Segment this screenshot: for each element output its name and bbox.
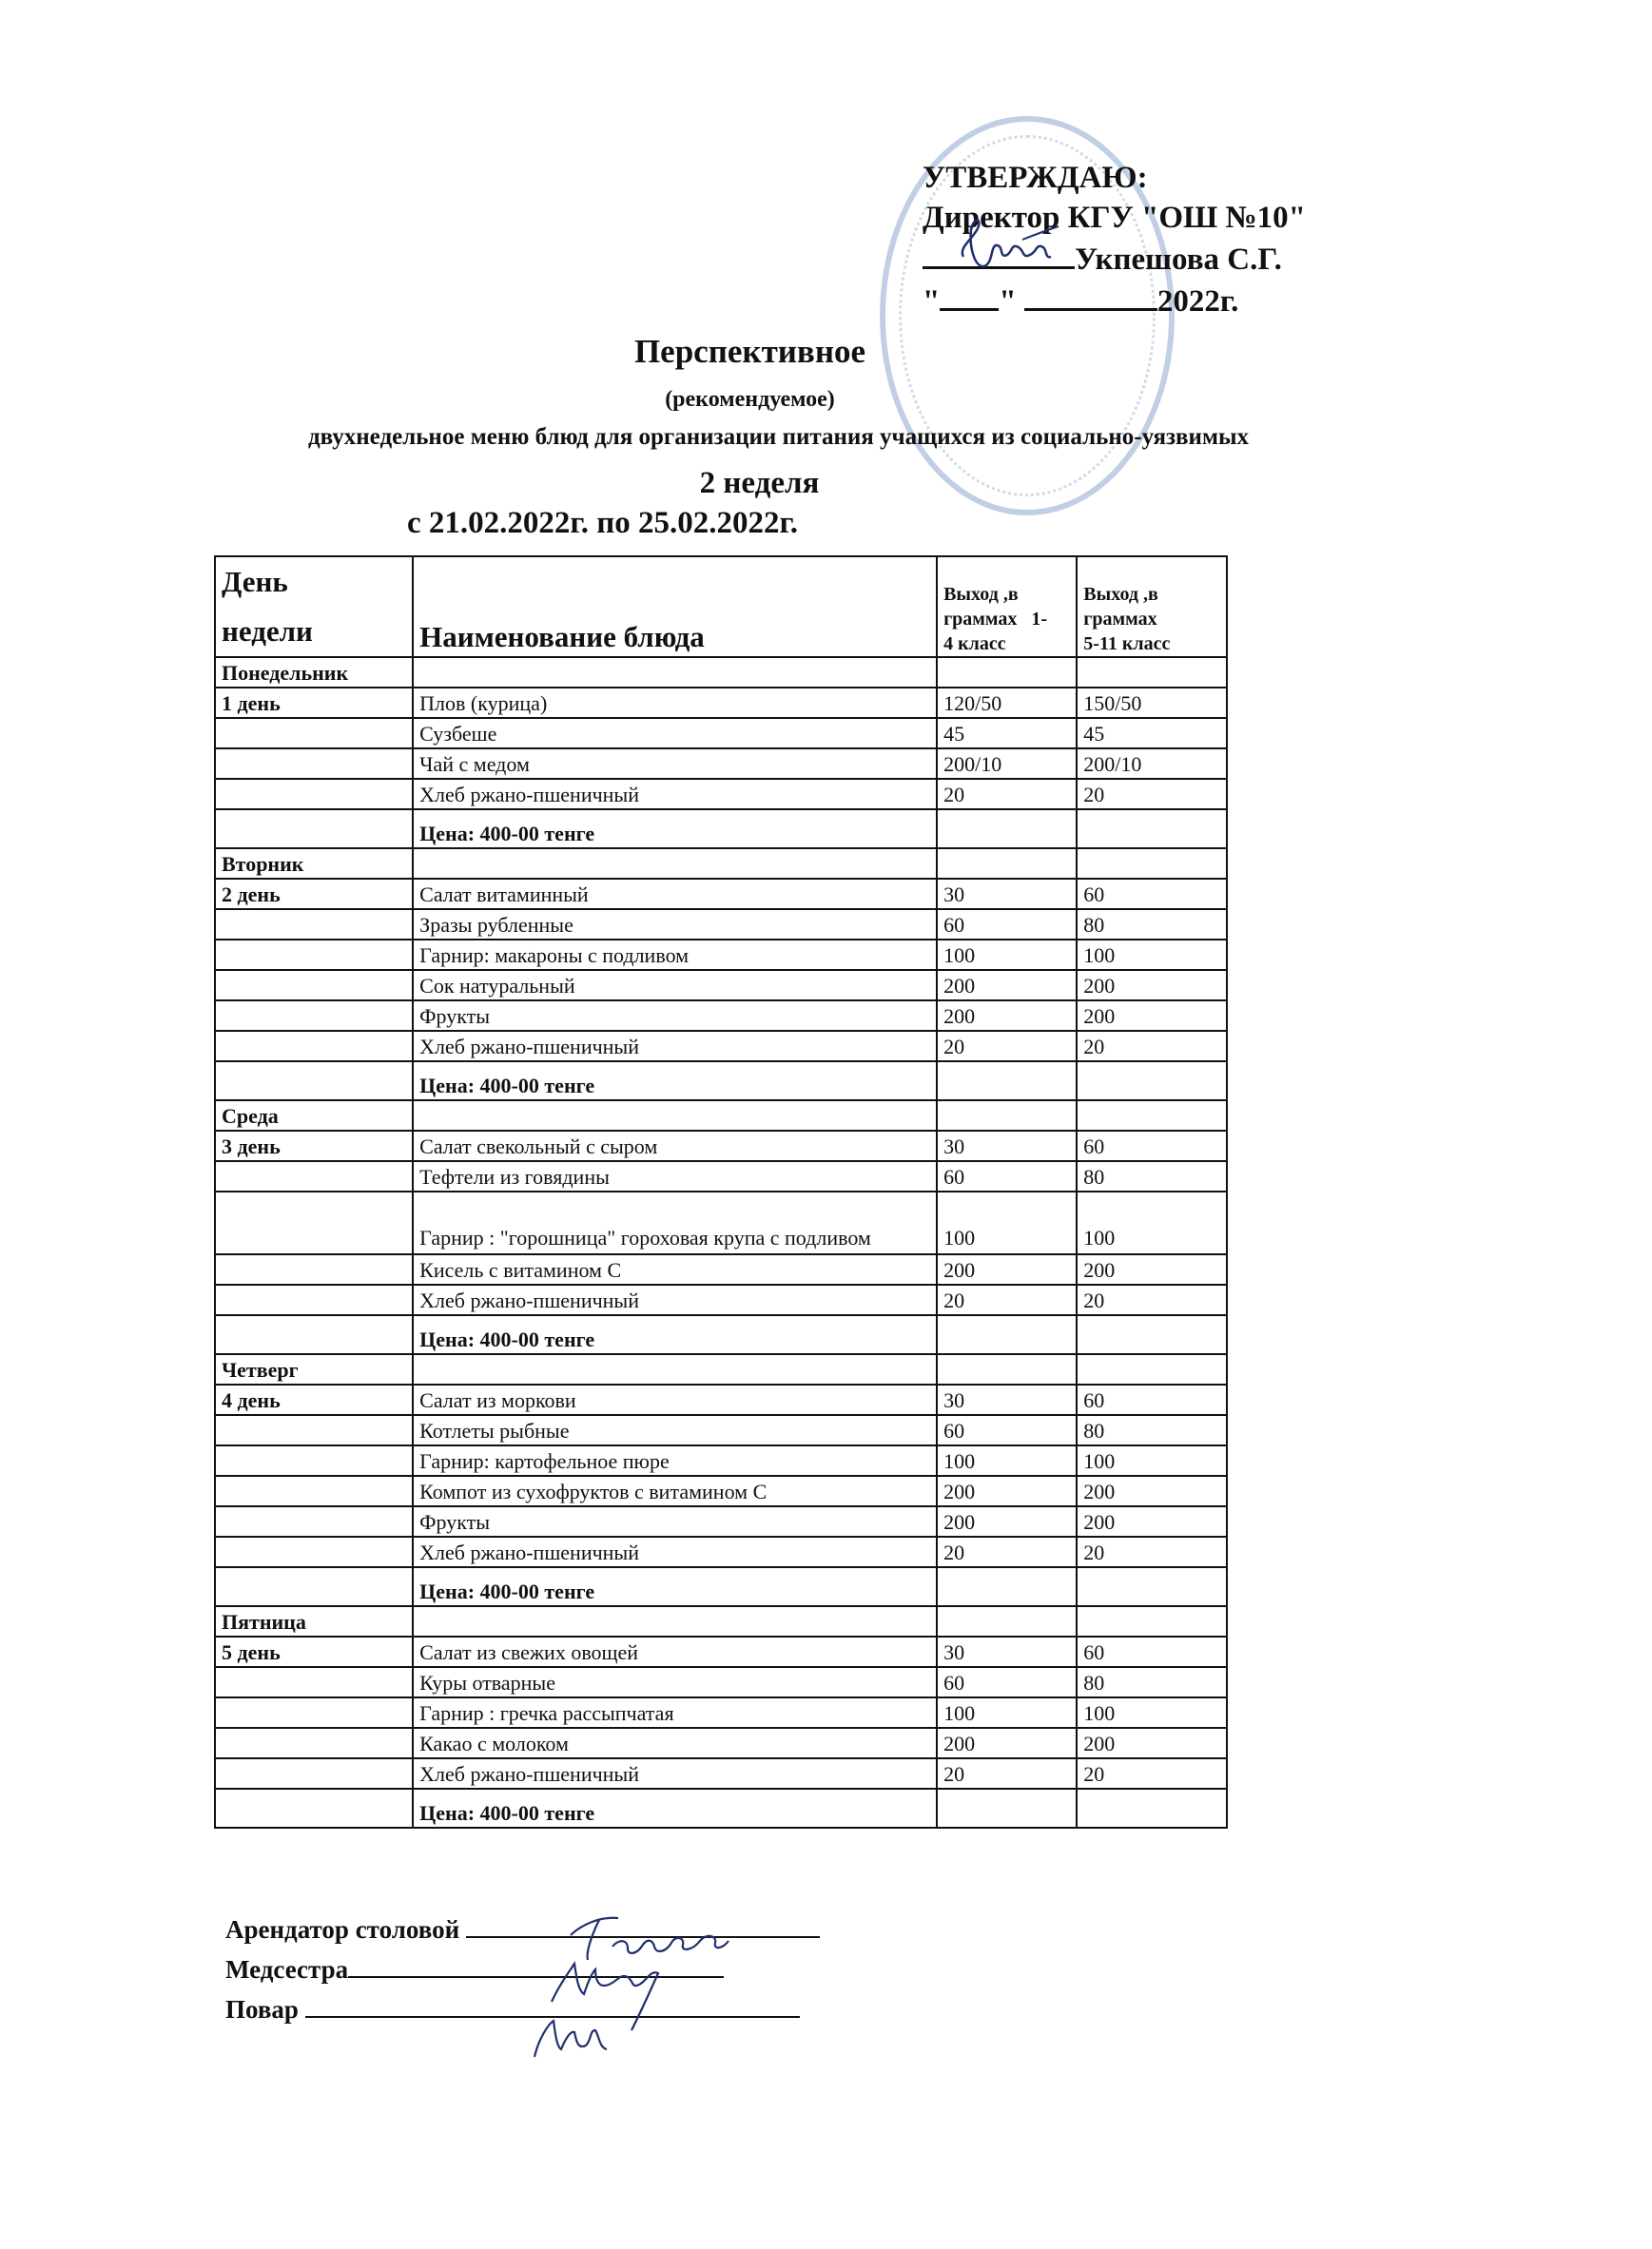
price-cell: Цена: 400-00 тенге [413, 1789, 937, 1828]
dish-name-cell: Сок натуральный [413, 970, 937, 1000]
empty-cell [215, 1758, 413, 1789]
empty-cell [937, 848, 1077, 879]
date-month-line [1024, 280, 1157, 311]
yield-grades-1-4-cell: 20 [937, 1758, 1077, 1789]
dish-name-cell: Гарнир : "горошница" гороховая крупа с п… [413, 1192, 937, 1254]
table-row: 5 деньСалат из свежих овощей3060 [215, 1637, 1227, 1667]
empty-cell [215, 1061, 413, 1100]
dish-name-cell: Зразы рубленные [413, 909, 937, 940]
day-number-cell: 2 день [215, 879, 413, 909]
yield-grades-1-4-cell: 20 [937, 1285, 1077, 1315]
price-cell: Цена: 400-00 тенге [413, 1315, 937, 1354]
menu-table-body: Понедельник1 деньПлов (курица)120/50150/… [215, 657, 1227, 1828]
empty-cell [215, 1161, 413, 1192]
date-quote-open: " [923, 284, 940, 319]
title-week: 2 неделя [0, 466, 1585, 501]
empty-cell [215, 1537, 413, 1567]
empty-cell [1077, 1315, 1227, 1354]
day-number-cell: 1 день [215, 688, 413, 718]
table-row-price: Цена: 400-00 тенге [215, 1315, 1227, 1354]
table-row-weekday: Пятница [215, 1606, 1227, 1637]
approval-signer-name: Укпешова С.Г. [1075, 242, 1282, 277]
empty-cell [215, 1567, 413, 1606]
table-row: Гарнир : гречка рассыпчатая100100 [215, 1697, 1227, 1728]
dish-name-cell: Компот из сухофруктов с витамином С [413, 1476, 937, 1506]
yield-grades-1-4-cell: 30 [937, 1637, 1077, 1667]
yield-grades-1-4-cell: 60 [937, 1667, 1077, 1697]
table-row: Чай с медом200/10200/10 [215, 748, 1227, 779]
table-row: Хлеб ржано-пшеничный2020 [215, 1537, 1227, 1567]
empty-cell [215, 1728, 413, 1758]
dish-name-cell: Куры отварные [413, 1667, 937, 1697]
table-row: 4 деньСалат из моркови3060 [215, 1385, 1227, 1415]
dish-name-cell: Кисель с витамином С [413, 1254, 937, 1285]
empty-cell [215, 1315, 413, 1354]
yield-grades-1-4-cell: 100 [937, 940, 1077, 970]
yield-grades-5-11-cell: 200 [1077, 1506, 1227, 1537]
header-yield-grades-5-11: Выход ,в граммах 5-11 класс [1077, 556, 1227, 657]
header-yield-5-11-line2: граммах [1083, 607, 1220, 631]
table-row: 2 деньСалат витаминный3060 [215, 879, 1227, 909]
yield-grades-1-4-cell: 20 [937, 779, 1077, 809]
table-row: Гарнир: картофельное пюре100100 [215, 1445, 1227, 1476]
yield-grades-5-11-cell: 200 [1077, 1254, 1227, 1285]
yield-grades-5-11-cell: 200 [1077, 1476, 1227, 1506]
weekday-cell: Четверг [215, 1354, 413, 1385]
table-row: Гарнир: макароны с подливом100100 [215, 940, 1227, 970]
empty-cell [413, 848, 937, 879]
director-signature-icon [956, 209, 1060, 276]
title-recommended: (рекомендуемое) [0, 387, 1576, 413]
empty-cell [937, 657, 1077, 688]
yield-grades-1-4-cell: 200/10 [937, 748, 1077, 779]
yield-grades-1-4-cell: 200 [937, 1506, 1077, 1537]
yield-grades-5-11-cell: 200 [1077, 1000, 1227, 1031]
yield-grades-1-4-cell: 100 [937, 1192, 1077, 1254]
yield-grades-5-11-cell: 100 [1077, 1192, 1227, 1254]
header-yield-5-11-line1: Выход ,в [1083, 582, 1220, 607]
yield-grades-1-4-cell: 30 [937, 879, 1077, 909]
empty-cell [1077, 1061, 1227, 1100]
empty-cell [413, 1354, 937, 1385]
empty-cell [215, 1192, 413, 1254]
empty-cell [1077, 1789, 1227, 1828]
table-row: Котлеты рыбные6080 [215, 1415, 1227, 1445]
table-row-weekday: Вторник [215, 848, 1227, 879]
empty-cell [215, 809, 413, 848]
dish-name-cell: Тефтели из говядины [413, 1161, 937, 1192]
yield-grades-5-11-cell: 20 [1077, 779, 1227, 809]
empty-cell [215, 1285, 413, 1315]
table-row: 3 деньСалат свекольный с сыром3060 [215, 1131, 1227, 1161]
day-number-cell: 3 день [215, 1131, 413, 1161]
empty-cell [215, 1476, 413, 1506]
dish-name-cell: Салат витаминный [413, 879, 937, 909]
dish-name-cell: Салат из свежих овощей [413, 1637, 937, 1667]
dish-name-cell: Салат из моркови [413, 1385, 937, 1415]
table-row-weekday: Четверг [215, 1354, 1227, 1385]
empty-cell [215, 1031, 413, 1061]
yield-grades-5-11-cell: 200/10 [1077, 748, 1227, 779]
table-row: Хлеб ржано-пшеничный2020 [215, 1285, 1227, 1315]
table-row-price: Цена: 400-00 тенге [215, 1567, 1227, 1606]
yield-grades-1-4-cell: 60 [937, 1415, 1077, 1445]
empty-cell [937, 1606, 1077, 1637]
table-row: Зразы рубленные6080 [215, 909, 1227, 940]
yield-grades-5-11-cell: 80 [1077, 909, 1227, 940]
yield-grades-1-4-cell: 60 [937, 1161, 1077, 1192]
header-day-line1: День [222, 557, 406, 607]
yield-grades-5-11-cell: 60 [1077, 879, 1227, 909]
empty-cell [215, 1000, 413, 1031]
title-perspective: Перспективное [0, 333, 1576, 371]
price-cell: Цена: 400-00 тенге [413, 1061, 937, 1100]
table-row: Хлеб ржано-пшеничный2020 [215, 779, 1227, 809]
yield-grades-1-4-cell: 30 [937, 1385, 1077, 1415]
table-row: Сок натуральный200200 [215, 970, 1227, 1000]
yield-grades-5-11-cell: 100 [1077, 940, 1227, 970]
empty-cell [1077, 1354, 1227, 1385]
dish-name-cell: Хлеб ржано-пшеничный [413, 1758, 937, 1789]
table-row-price: Цена: 400-00 тенге [215, 1061, 1227, 1100]
empty-cell [215, 1697, 413, 1728]
dish-name-cell: Хлеб ржано-пшеничный [413, 1031, 937, 1061]
day-number-cell: 5 день [215, 1637, 413, 1667]
date-day-line [940, 280, 999, 311]
empty-cell [215, 1667, 413, 1697]
signature-tenant-label: Арендатор столовой [225, 1915, 459, 1944]
empty-cell [215, 1789, 413, 1828]
empty-cell [937, 1354, 1077, 1385]
empty-cell [937, 1789, 1077, 1828]
table-row: 1 деньПлов (курица)120/50150/50 [215, 688, 1227, 718]
empty-cell [215, 718, 413, 748]
yield-grades-5-11-cell: 80 [1077, 1161, 1227, 1192]
header-day-of-week: День недели [215, 556, 413, 657]
yield-grades-5-11-cell: 100 [1077, 1697, 1227, 1728]
empty-cell [413, 657, 937, 688]
empty-cell [215, 909, 413, 940]
table-row: Хлеб ржано-пшеничный2020 [215, 1758, 1227, 1789]
yield-grades-1-4-cell: 100 [937, 1697, 1077, 1728]
dish-name-cell: Салат свекольный с сыром [413, 1131, 937, 1161]
empty-cell [1077, 657, 1227, 688]
dish-name-cell: Хлеб ржано-пшеничный [413, 779, 937, 809]
empty-cell [937, 1315, 1077, 1354]
price-cell: Цена: 400-00 тенге [413, 809, 937, 848]
dish-name-cell: Сузбеше [413, 718, 937, 748]
empty-cell [937, 1061, 1077, 1100]
yield-grades-1-4-cell: 100 [937, 1445, 1077, 1476]
table-row-weekday: Понедельник [215, 657, 1227, 688]
day-number-cell: 4 день [215, 1385, 413, 1415]
yield-grades-5-11-cell: 200 [1077, 1728, 1227, 1758]
yield-grades-5-11-cell: 20 [1077, 1758, 1227, 1789]
yield-grades-1-4-cell: 45 [937, 718, 1077, 748]
yield-grades-5-11-cell: 20 [1077, 1537, 1227, 1567]
empty-cell [1077, 1100, 1227, 1131]
yield-grades-1-4-cell: 200 [937, 1000, 1077, 1031]
title-date-range: с 21.02.2022г. по 25.02.2022г. [0, 506, 1428, 541]
weekday-cell: Понедельник [215, 657, 413, 688]
header-yield-1-4-line2: граммах 1- [943, 607, 1070, 631]
dish-name-cell: Котлеты рыбные [413, 1415, 937, 1445]
table-row: Фрукты200200 [215, 1000, 1227, 1031]
table-row: Куры отварные6080 [215, 1667, 1227, 1697]
header-dish-name: Наименование блюда [413, 556, 937, 657]
empty-cell [215, 970, 413, 1000]
signature-cook-label: Повар [225, 1995, 299, 2024]
dish-name-cell: Хлеб ржано-пшеничный [413, 1285, 937, 1315]
table-row: Тефтели из говядины6080 [215, 1161, 1227, 1192]
approval-date-row: "" 2022г. [923, 280, 1306, 321]
dish-name-cell: Гарнир: картофельное пюре [413, 1445, 937, 1476]
yield-grades-5-11-cell: 20 [1077, 1285, 1227, 1315]
empty-cell [215, 1254, 413, 1285]
dish-name-cell: Фрукты [413, 1000, 937, 1031]
table-row-weekday: Среда [215, 1100, 1227, 1131]
empty-cell [1077, 809, 1227, 848]
empty-cell [937, 1100, 1077, 1131]
table-row: Кисель с витамином С200200 [215, 1254, 1227, 1285]
table-row: Компот из сухофруктов с витамином С20020… [215, 1476, 1227, 1506]
yield-grades-1-4-cell: 200 [937, 1728, 1077, 1758]
yield-grades-5-11-cell: 60 [1077, 1131, 1227, 1161]
price-cell: Цена: 400-00 тенге [413, 1567, 937, 1606]
header-yield-grades-1-4: Выход ,в граммах 1- 4 класс [937, 556, 1077, 657]
signature-nurse-label: Медсестра [225, 1955, 348, 1984]
dish-name-cell: Хлеб ржано-пшеничный [413, 1537, 937, 1567]
yield-grades-5-11-cell: 100 [1077, 1445, 1227, 1476]
dish-name-cell: Чай с медом [413, 748, 937, 779]
dish-name-cell: Фрукты [413, 1506, 937, 1537]
yield-grades-5-11-cell: 60 [1077, 1385, 1227, 1415]
empty-cell [937, 809, 1077, 848]
empty-cell [413, 1606, 937, 1637]
empty-cell [215, 748, 413, 779]
header-day-line2: недели [222, 607, 406, 656]
weekday-cell: Среда [215, 1100, 413, 1131]
table-row: Сузбеше4545 [215, 718, 1227, 748]
yield-grades-5-11-cell: 150/50 [1077, 688, 1227, 718]
header-yield-1-4-line3: 4 класс [943, 631, 1070, 656]
yield-grades-1-4-cell: 30 [937, 1131, 1077, 1161]
table-row: Фрукты200200 [215, 1506, 1227, 1537]
dish-name-cell: Какао с молоком [413, 1728, 937, 1758]
empty-cell [1077, 1606, 1227, 1637]
yield-grades-1-4-cell: 60 [937, 909, 1077, 940]
empty-cell [215, 779, 413, 809]
table-row: Гарнир : "горошница" гороховая крупа с п… [215, 1192, 1227, 1254]
yield-grades-1-4-cell: 200 [937, 970, 1077, 1000]
yield-grades-5-11-cell: 80 [1077, 1415, 1227, 1445]
yield-grades-5-11-cell: 45 [1077, 718, 1227, 748]
empty-cell [1077, 1567, 1227, 1606]
empty-cell [215, 940, 413, 970]
empty-cell [1077, 848, 1227, 879]
table-row-price: Цена: 400-00 тенге [215, 1789, 1227, 1828]
approval-year: 2022г. [1157, 284, 1239, 319]
yield-grades-1-4-cell: 20 [937, 1537, 1077, 1567]
empty-cell [215, 1445, 413, 1476]
table-row: Какао с молоком200200 [215, 1728, 1227, 1758]
empty-cell [413, 1100, 937, 1131]
weekday-cell: Пятница [215, 1606, 413, 1637]
handwritten-signatures-icon [533, 1897, 818, 2059]
yield-grades-5-11-cell: 80 [1077, 1667, 1227, 1697]
yield-grades-1-4-cell: 200 [937, 1254, 1077, 1285]
header-yield-5-11-line3: 5-11 класс [1083, 631, 1220, 656]
menu-table: День недели Наименование блюда Выход ,в … [214, 555, 1228, 1829]
dish-name-cell: Плов (курица) [413, 688, 937, 718]
empty-cell [215, 1415, 413, 1445]
dish-name-cell: Гарнир : гречка рассыпчатая [413, 1697, 937, 1728]
empty-cell [215, 1506, 413, 1537]
yield-grades-1-4-cell: 20 [937, 1031, 1077, 1061]
yield-grades-5-11-cell: 200 [1077, 970, 1227, 1000]
table-row: Хлеб ржано-пшеничный2020 [215, 1031, 1227, 1061]
yield-grades-1-4-cell: 120/50 [937, 688, 1077, 718]
table-row-price: Цена: 400-00 тенге [215, 809, 1227, 848]
table-header-row: День недели Наименование блюда Выход ,в … [215, 556, 1227, 657]
date-quote-close: " [999, 284, 1016, 319]
header-yield-1-4-line1: Выход ,в [943, 582, 1070, 607]
approval-heading: УТВЕРЖДАЮ: [923, 158, 1306, 198]
title-description: двухнедельное меню блюд для организации … [0, 424, 1604, 451]
yield-grades-1-4-cell: 200 [937, 1476, 1077, 1506]
dish-name-cell: Гарнир: макароны с подливом [413, 940, 937, 970]
weekday-cell: Вторник [215, 848, 413, 879]
yield-grades-5-11-cell: 60 [1077, 1637, 1227, 1667]
yield-grades-5-11-cell: 20 [1077, 1031, 1227, 1061]
empty-cell [937, 1567, 1077, 1606]
